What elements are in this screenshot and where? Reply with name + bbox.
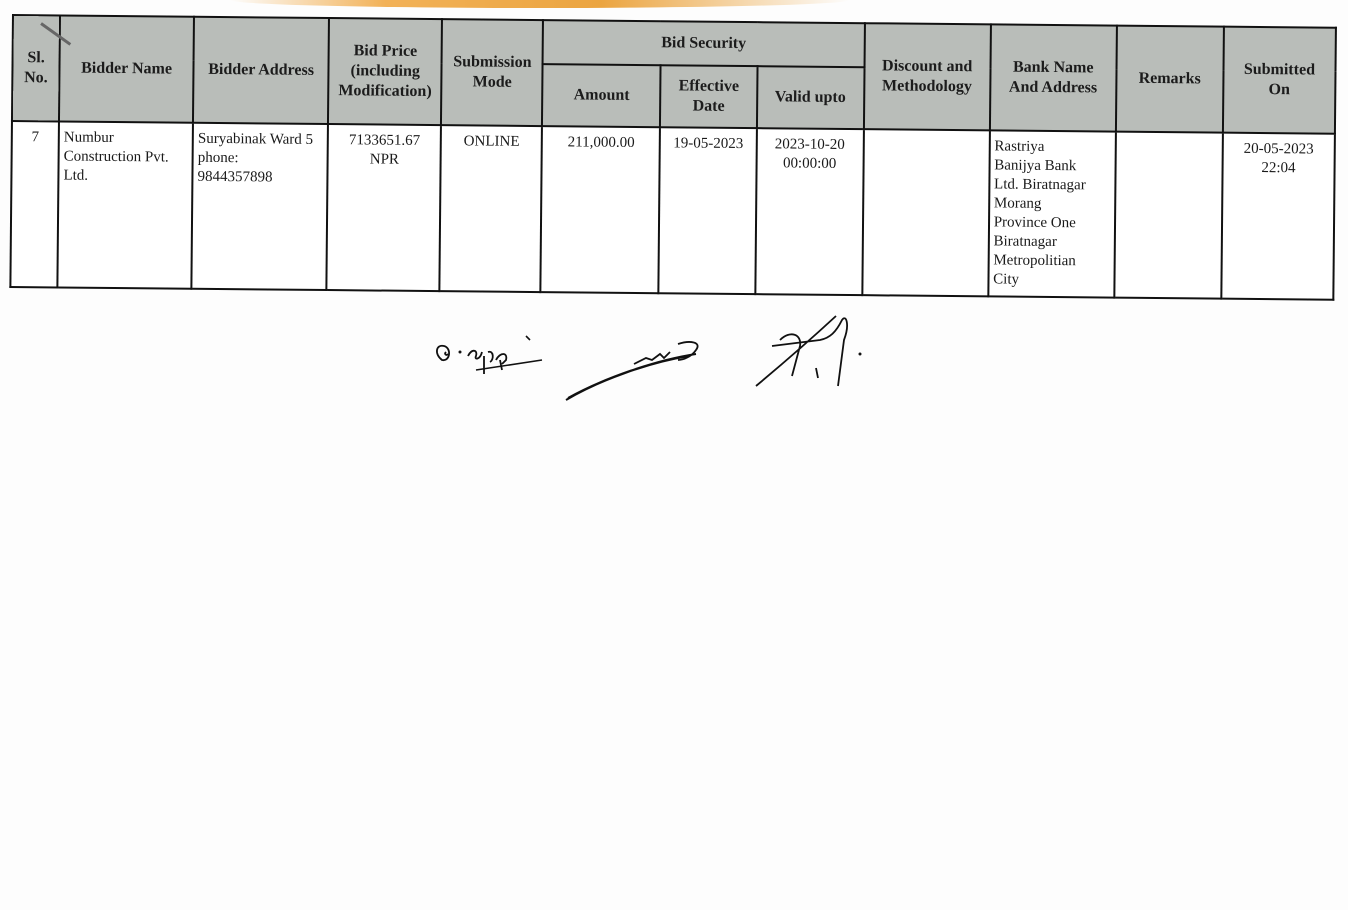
cell-remarks — [1114, 132, 1223, 299]
cell-discount — [862, 129, 990, 296]
header-remarks: Remarks — [1116, 26, 1224, 133]
cell-amount: 211,000.00 — [541, 126, 661, 293]
cell-line: Construction Pvt. — [64, 148, 188, 168]
signature-1 — [430, 330, 560, 390]
cell-effective-date: 19-05-2023 — [659, 127, 757, 294]
header-bank-line: And Address — [994, 77, 1112, 98]
table-row: 7 Numbur Construction Pvt. Ltd. Suryabin… — [10, 121, 1335, 300]
header-discount-line: Methodology — [868, 76, 986, 97]
header-bid-security: Bid Security — [543, 20, 865, 67]
cell-submission-mode: ONLINE — [440, 125, 543, 292]
cell-line: City — [993, 270, 1109, 290]
cell-line: phone: — [198, 149, 323, 169]
cell-sl-no: 7 — [10, 121, 59, 287]
bids-table: Sl. No. Bidder Name Bidder Address Bid P… — [9, 14, 1337, 301]
header-submitted-on-line: Submitted — [1227, 60, 1331, 81]
header-effective-date-line: Effective — [665, 76, 753, 97]
cell-line: Banijya Bank — [994, 156, 1110, 176]
header-sl-no-text: Sl. No. — [24, 49, 48, 86]
cell-submitted-on: 20-05-2023 22:04 — [1221, 133, 1335, 300]
cell-line: 00:00:00 — [761, 154, 858, 174]
header-effective-date-line: Date — [664, 96, 752, 117]
header-effective-date: Effective Date — [660, 65, 757, 128]
header-bidder-name: Bidder Name — [59, 15, 194, 122]
cell-line: 7133651.67 — [333, 131, 436, 151]
header-sl-no: Sl. No. — [12, 15, 60, 121]
paper-stain — [230, 0, 850, 8]
header-submission-mode-line: Submission — [446, 52, 539, 73]
cell-line: 20-05-2023 — [1228, 140, 1330, 160]
signatures-area — [420, 300, 900, 420]
header-bid-price-line: (including — [333, 61, 438, 82]
cell-line: Ltd. — [63, 167, 187, 187]
header-bid-price-line: Bid Price — [333, 41, 438, 62]
cell-line: 22:04 — [1227, 159, 1329, 179]
header-discount: Discount and Methodology — [864, 23, 991, 130]
header-discount-line: Discount and — [868, 56, 986, 77]
header-submission-mode-line: Mode — [446, 72, 539, 93]
cell-bank: Rastriya Banijya Bank Ltd. Biratnagar Mo… — [988, 130, 1116, 297]
bid-opening-sheet: Sl. No. Bidder Name Bidder Address Bid P… — [9, 14, 1337, 301]
cell-line: Numbur — [64, 129, 188, 149]
cell-bidder-name: Numbur Construction Pvt. Ltd. — [57, 121, 193, 288]
cell-line: Province One — [994, 213, 1110, 233]
header-bank: Bank Name And Address — [990, 24, 1117, 131]
cell-line: Ltd. Biratnagar — [994, 175, 1110, 195]
header-amount: Amount — [542, 64, 661, 127]
header-submitted-on: Submitted On — [1223, 27, 1336, 134]
header-bid-price: Bid Price (including Modification) — [328, 18, 442, 125]
cell-bid-price: 7133651.67 NPR — [327, 124, 442, 291]
header-bank-line: Bank Name — [994, 57, 1112, 78]
signature-2 — [560, 320, 720, 410]
header-bid-price-line: Modification) — [332, 81, 437, 102]
cell-line: NPR — [333, 150, 436, 170]
cell-line: Rastriya — [994, 137, 1110, 157]
header-bidder-address: Bidder Address — [193, 17, 329, 124]
cell-line: Metropolitian — [993, 251, 1109, 271]
header-submitted-on-line: On — [1227, 80, 1331, 101]
cell-bidder-address: Suryabinak Ward 5 phone: 9844357898 — [191, 123, 328, 290]
cell-line: Suryabinak Ward 5 — [198, 130, 323, 150]
header-valid-upto: Valid upto — [756, 66, 864, 129]
cell-line: 2023-10-20 — [761, 135, 858, 155]
cell-line: Biratnagar — [993, 232, 1109, 252]
signature-3 — [750, 310, 890, 400]
cell-valid-upto: 2023-10-20 00:00:00 — [755, 128, 864, 295]
cell-line: Morang — [994, 194, 1110, 214]
cell-line: 9844357898 — [197, 168, 322, 188]
header-submission-mode: Submission Mode — [441, 19, 543, 126]
